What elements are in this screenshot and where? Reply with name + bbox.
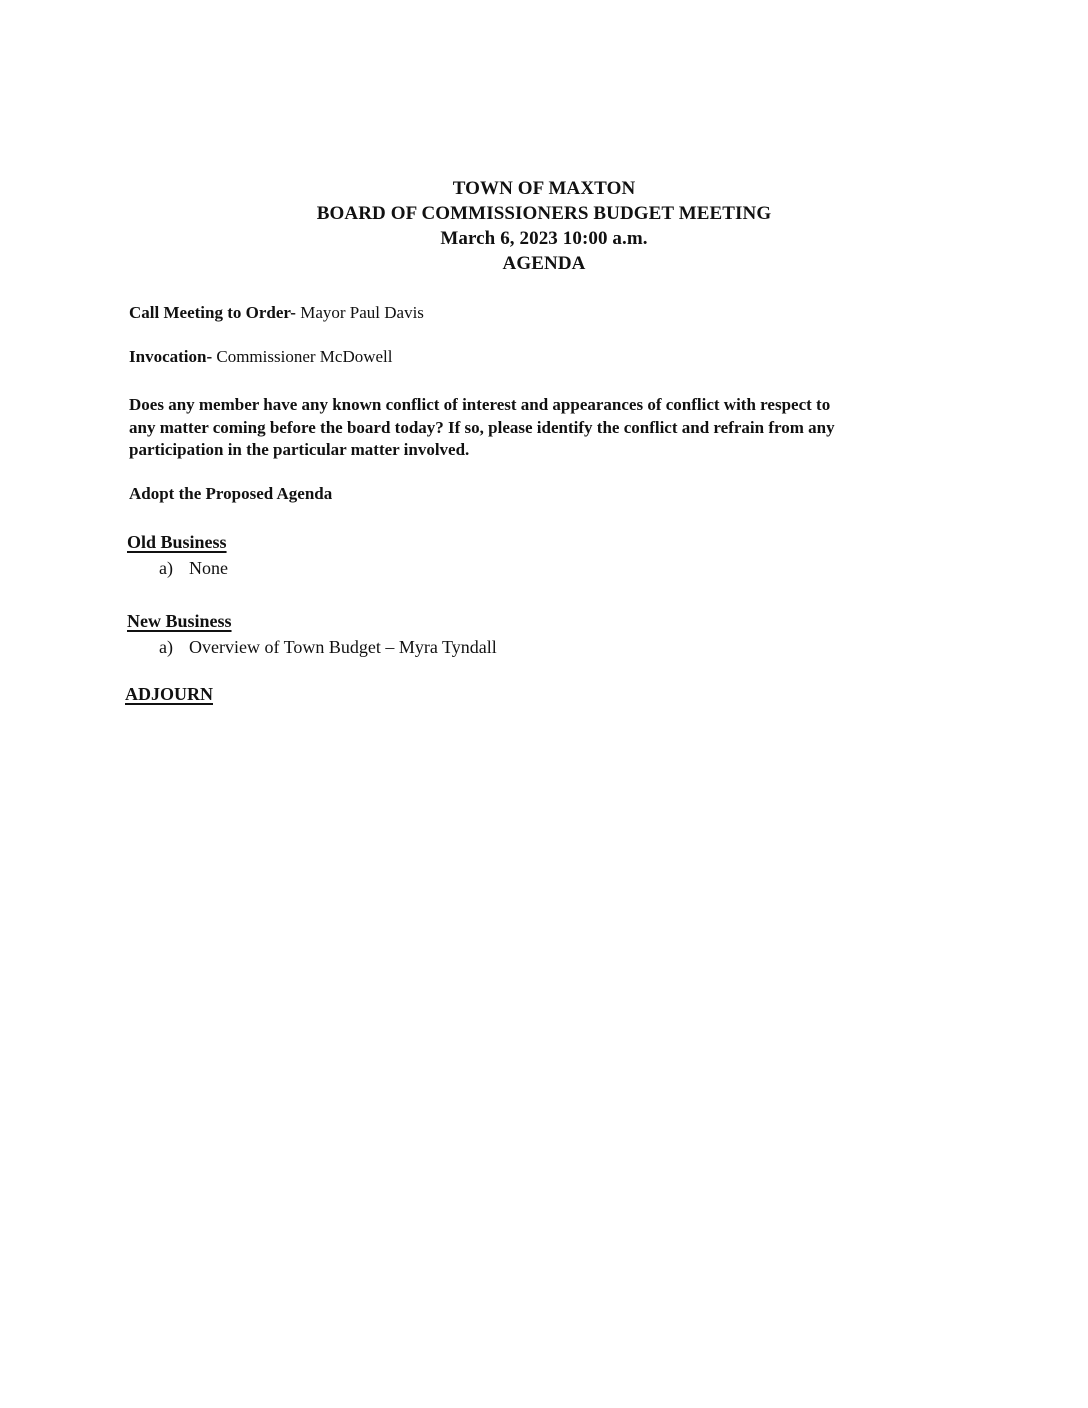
conflict-line: Does any member have any known conflict …	[129, 394, 949, 417]
meeting-datetime: March 6, 2023 10:00 a.m.	[0, 226, 1088, 251]
conflict-line: participation in the particular matter i…	[129, 439, 949, 462]
agenda-page: TOWN OF MAXTON BOARD OF COMMISSIONERS BU…	[0, 0, 1088, 1408]
list-item-text: None	[189, 558, 228, 578]
invocation-item: Invocation- Commissioner McDowell	[129, 346, 393, 368]
old-business-list-item: a)None	[159, 557, 228, 579]
call-to-order-label: Call Meeting to Order-	[129, 303, 296, 322]
document-type: AGENDA	[0, 251, 1088, 276]
adopt-agenda-item: Adopt the Proposed Agenda	[129, 483, 332, 505]
conflict-of-interest-statement: Does any member have any known conflict …	[129, 394, 949, 462]
adjourn-title: ADJOURN	[125, 683, 213, 705]
invocation-value: Commissioner McDowell	[212, 347, 392, 366]
list-marker: a)	[159, 557, 189, 579]
call-to-order-item: Call Meeting to Order- Mayor Paul Davis	[129, 302, 424, 324]
new-business-list-item: a)Overview of Town Budget – Myra Tyndall	[159, 636, 497, 658]
town-name: TOWN OF MAXTON	[0, 176, 1088, 201]
call-to-order-value: Mayor Paul Davis	[296, 303, 424, 322]
invocation-label: Invocation-	[129, 347, 212, 366]
list-item-text: Overview of Town Budget – Myra Tyndall	[189, 637, 497, 657]
list-marker: a)	[159, 636, 189, 658]
old-business-title: Old Business	[127, 531, 227, 553]
conflict-line: any matter coming before the board today…	[129, 417, 949, 440]
meeting-title: BOARD OF COMMISSIONERS BUDGET MEETING	[0, 201, 1088, 226]
new-business-title: New Business	[127, 610, 232, 632]
agenda-header: TOWN OF MAXTON BOARD OF COMMISSIONERS BU…	[0, 176, 1088, 276]
